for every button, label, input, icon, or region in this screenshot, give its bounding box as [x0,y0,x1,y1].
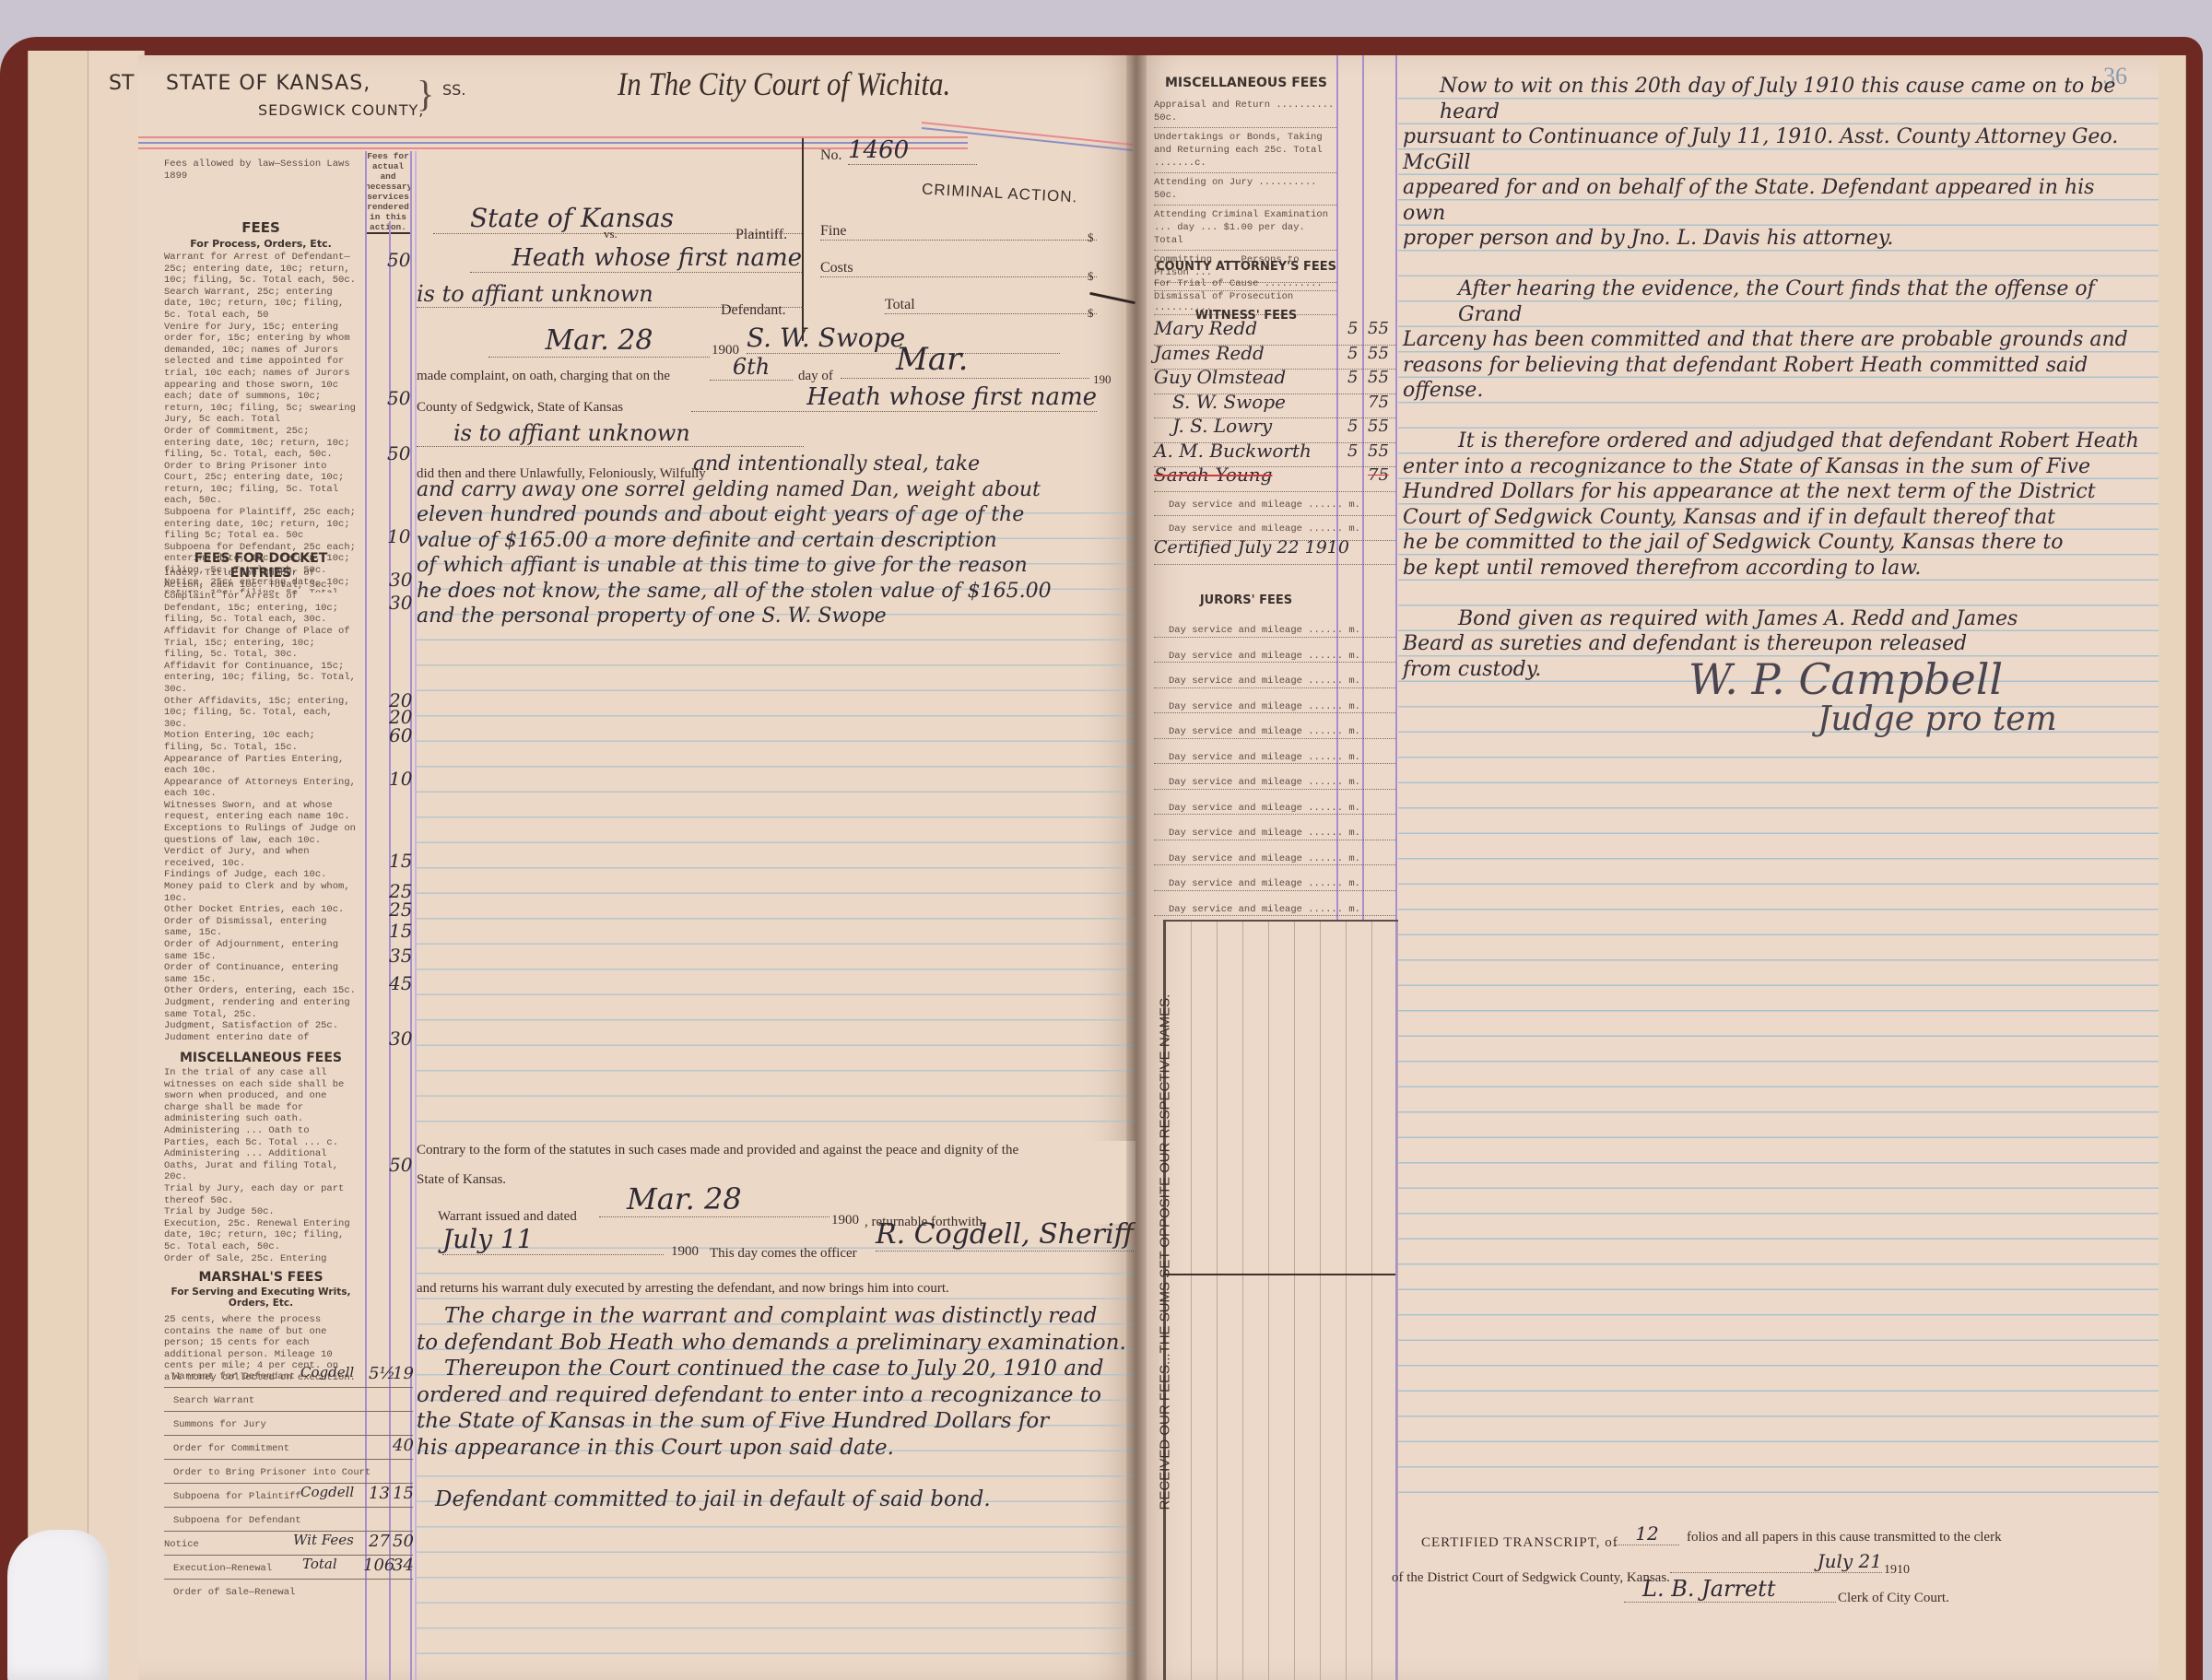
county-attorney-fees-title: COUNTY ATTORNEY'S FEES [1154,260,1338,274]
charge-line: and the personal property of one S. W. S… [417,604,1135,629]
narrative-line [1403,581,2140,606]
juror-row: Day service and mileage ...... m. [1154,891,1395,917]
fee-item: Verdict of Jury, and when received, 10c. [164,846,361,869]
day-of-label: day of [798,369,833,384]
fee-amount: 30 [389,592,412,614]
marshal-section-subtitle: For Serving and Executing Writs, Orders,… [164,1286,358,1309]
fee-amount: 10 [387,525,410,547]
witness-row: Day service and mileage ...... m. [1154,492,1395,517]
receipt-grid-rule [1163,1274,1395,1275]
proceeding-line: his appearance in this Court upon said d… [417,1435,1135,1462]
total-field: Total [885,297,1097,314]
narrative-line: After hearing the evidence, the Court fi… [1403,276,2140,327]
fee-amount: 30 [389,569,412,591]
jurors-fees-table: Day service and mileage ...... m. Day se… [1154,612,1395,916]
fee-item: Trial by Judge 50c. [164,1206,361,1218]
fee-item: Judgment, Satisfaction of 25c. [164,1020,361,1032]
state-of-kansas-text: State of Kansas. [417,1172,506,1188]
fee-amount: 35 [389,945,412,967]
narrative-line: pursuant to Continuance of July 11, 1910… [1403,124,2140,175]
fee-item: Index, Title and Number of Action, each … [164,568,361,591]
warrant-label: Warrant issued and dated [438,1209,577,1225]
marshal-row: Subpoena for Plaintiff Cogdell 13 15 [164,1484,413,1508]
accused-line1: Heath whose first name [691,383,1097,412]
made-complaint-label: made complaint, on oath, charging that o… [417,369,670,384]
ca-fee-item: For Trial of Cause .......... [1154,278,1336,291]
right-page: MISCELLANEOUS FEES Appraisal and Return … [1135,55,2159,1680]
fees-process-list: Warrant for Arrest of Defendant—25c; ent… [164,252,361,593]
narrative-line: Beard as sureties and defendant is there… [1403,631,2140,657]
fees-section-subtitle: For Process, Orders, Etc. [164,238,358,250]
costs-field: Costs [820,260,1097,277]
transcript-year: 1910 [1884,1563,1910,1578]
receipt-vertical-text: RECEIVED OUR FEES...THE SUMS SET OPPOSIT… [1158,1013,1173,1510]
warrant-year: 1900 [831,1213,859,1228]
fee-item: Judgment entering date of Transfer 15c. [164,1032,361,1040]
juror-row: Day service and mileage ...... m. [1154,764,1395,790]
vs-label: vs. [604,227,618,241]
narrative-line: offense. [1403,378,2140,404]
fee-item: Search Warrant, 25c; entering date, 10c;… [164,287,361,322]
complaint-date: Mar. 28 [488,324,710,358]
fee-item: Appearance of Attorneys Entering, each 1… [164,777,361,800]
fee-item: Exceptions to Rulings of Judge on questi… [164,823,361,846]
narrative-line: Now to wit on this 20th day of July 1910… [1403,74,2140,124]
narrative-line: It is therefore ordered and adjudged tha… [1403,429,2140,454]
misc-fee-item: Attending on Jury .......... 50c. [1154,173,1336,206]
marshal-row: Order to Bring Prisoner into Court [164,1460,413,1484]
narrative-line: Court of Sedgwick County, Kansas and if … [1403,505,2140,531]
proceeding-line: Defendant committed to jail in default o… [417,1486,1135,1513]
fee-item: Venire for Jury, 15c; entering order for… [164,322,361,426]
offense-month: Mar. [841,341,1089,379]
marshal-fee-table: Warrant for Defendant Cogdell 5½ 19 Sear… [164,1364,413,1603]
proceeding-line: to defendant Bob Heath who demands a pre… [417,1330,1135,1357]
officer-name: R. Cogdell, Sheriff [876,1218,1134,1251]
fee-item: Order to Bring Prisoner into Court, 25c;… [164,461,361,507]
action-type: CRIMINAL ACTION. [922,181,1078,207]
book-gutter [1126,55,1147,1680]
fee-item: Money paid to Clerk and by whom, 10c. [164,881,361,904]
narrative-line: proper person and by Jno. L. Davis his a… [1403,226,2140,252]
defendant-label: Defendant. [721,302,786,319]
misc-section-title: MISCELLANEOUS FEES [164,1051,358,1065]
case-number-label: No. [820,147,842,164]
juror-row: Day service and mileage ...... m. [1154,840,1395,866]
fee-amount: 50 [389,1154,412,1176]
narrative-line: Hundred Dollars for his appearance at th… [1403,479,2140,505]
narrative-line [1403,404,2140,429]
juror-row: Day service and mileage ...... m. [1154,790,1395,816]
officer-label: This day comes the officer [710,1246,857,1262]
case-number: 1460 [848,136,977,165]
state-heading: STATE OF KANSAS, [166,72,371,95]
docket-fee-list: Index, Title and Number of Action, each … [164,568,361,1040]
charge-line: he does not know, the same, all of the s… [417,579,1135,605]
fee-item: Motion Entering, 10c each; filing, 5c. T… [164,730,361,753]
fee-item: Witnesses Sworn, and at whose request, e… [164,800,361,823]
fee-amount: 10 [389,768,412,790]
fee-item: Order of Adjournment, entering same 15c. [164,939,361,962]
juror-row: Day service and mileage ...... m. [1154,688,1395,714]
offense-day: 6th [710,354,793,381]
header-stripe [138,136,968,138]
marshal-row: Order for Commitment 40 [164,1436,413,1460]
misc-fee-item: Undertakings or Bonds, Taking and Return… [1154,128,1336,173]
misc-fee-item: Appraisal and Return .......... 50c. [1154,96,1336,128]
fine-field: Fine [820,223,1097,241]
fee-item: Trial by Jury, each day or part thereof … [164,1183,361,1206]
fee-amount: 45 [389,972,412,994]
misc-fee-item: Attending Criminal Examination ... day .… [1154,206,1336,251]
return-date: July 11 [442,1224,664,1255]
contrary-text: Contrary to the form of the statutes in … [417,1143,1018,1158]
caption-brace [802,138,804,341]
witness-row: Certified July 22 1910 [1154,541,1395,566]
proceedings-text: The charge in the warrant and complaint … [417,1303,1135,1513]
fee-amount-heading: Fees for actual and necessary services r… [365,151,411,234]
proceeding-line: the State of Kansas in the sum of Five H… [417,1408,1135,1435]
fee-item: Order of Sale, 25c. Entering date, 10c; … [164,1253,361,1263]
juror-row: Day service and mileage ...... m. [1154,612,1395,638]
receipt-grid [1163,920,1398,1680]
left-page: STATE OF KANSAS, SEDGWICK COUNTY, } SS. … [138,55,1135,1680]
judge-signature: W. P. Campbell [1688,654,2003,704]
charge-text: and intentionally steal, take and carry … [417,452,1135,629]
fees-section-title: FEES [164,219,358,236]
fee-item: Subpoena for Plaintiff, 25c each; enteri… [164,507,361,542]
fee-item: Findings of Judge, each 10c. [164,869,361,881]
proceeding-line [417,1461,1135,1486]
narrative-line [1403,252,2140,277]
juror-row: Day service and mileage ...... m. [1154,815,1395,840]
brace: } [417,76,434,112]
marshal-row: Subpoena for Defendant [164,1508,413,1532]
dollar-sign: $ [1088,269,1094,284]
jurors-fees-title: JURORS' FEES [1154,593,1338,607]
marshal-row: Notice Wit Fees 27 50 [164,1532,413,1556]
transcript-date: July 21 [1670,1550,1882,1573]
fee-amount: 15 [389,920,412,942]
marshal-row: Summons for Jury [164,1412,413,1436]
defendant-name-line1: Heath whose first name [470,244,802,273]
misc-fees-list: Appraisal and Return .......... 50c. Und… [1154,96,1336,283]
marshal-row: Execution—Renewal Total 106 34 [164,1556,413,1580]
dollar-sign: $ [1088,230,1094,245]
proceeding-line: ordered and required defendant to enter … [417,1382,1135,1409]
ss-label: SS. [442,81,465,99]
county-heading: SEDGWICK COUNTY, [258,101,424,119]
judgment-narrative: Now to wit on this 20th day of July 1910… [1403,74,2140,682]
fee-amount: 50 [387,387,410,409]
fee-item: Other Affidavits, 15c; entering, 10c; fi… [164,696,361,731]
transcript-folios-text: folios and all papers in this cause tran… [1687,1530,2002,1545]
stub-header: ST [109,72,134,95]
fee-item: Appearance of Parties Entering, each 10c… [164,754,361,777]
marshal-row: Warrant for Defendant Cogdell 5½ 19 [164,1364,413,1388]
returns-text: and returns his warrant duly executed by… [417,1281,949,1297]
clerk-signature: L. B. Jarrett [1624,1576,1836,1603]
witness-fees-table: Mary Redd 5 55 James Redd 5 55 Guy Olmst… [1154,321,1395,565]
juror-row: Day service and mileage ...... m. [1154,638,1395,664]
misc-fee-list: In the trial of any case all witnesses o… [164,1067,361,1263]
white-glove [7,1530,109,1680]
fee-item: Order of Dismissal, entering same, 15c. [164,916,361,939]
county-label: County of Sedgwick, State of Kansas [417,400,623,416]
juror-row: Day service and mileage ...... m. [1154,865,1395,891]
narrative-line: reasons for believing that defendant Rob… [1403,353,2140,379]
fee-item: Order of Commitment, 25c; entering date,… [164,426,361,461]
narrative-line: Larceny has been committed and that ther… [1403,327,2140,353]
page-stack-left-inner [88,51,145,1680]
misc-note: In the trial of any case all witnesses o… [164,1067,361,1125]
charge-line: value of $165.00 a more definite and cer… [417,528,1135,554]
fee-item: Complaint for Arrest of Defendant, 15c; … [164,591,361,626]
proceeding-line: The charge in the warrant and complaint … [417,1303,1135,1330]
witness-row-struck: Sarah Young 75 [1154,467,1395,492]
plaintiff-label: Plaintiff. [735,227,787,243]
charge-line: and intentionally steal, take [417,452,1135,477]
dollar-sign: $ [1088,306,1094,321]
juror-row: Day service and mileage ...... m. [1154,663,1395,688]
charge-line: and carry away one sorrel gelding named … [417,477,1135,503]
judge-title: Judge pro tem [1818,700,2057,738]
transcript-folios: 12 [1615,1522,1679,1545]
fee-item: Judgment, rendering and entering same To… [164,997,361,1020]
warrant-date: Mar. 28 [599,1181,829,1217]
fee-item: Order of Continuance, entering same 15c. [164,962,361,985]
narrative-line: he be committed to the jail of Sedgwick … [1403,530,2140,556]
fee-amount: 15 [389,850,412,872]
charge-line: eleven hundred pounds and about eight ye… [417,502,1135,528]
fee-item: Administering ... Oath to Parties, each … [164,1125,361,1148]
proceeding-line: Thereupon the Court continued the case t… [417,1356,1135,1382]
fee-amount: 50 [387,249,410,271]
court-title: In The City Court of Wichita. [618,65,950,103]
fee-amount: 25 [389,899,412,921]
header-stripe [138,142,968,144]
fee-item: Affidavit for Continuance, 15c; entering… [164,661,361,696]
return-year: 1900 [671,1244,699,1260]
fee-amount: 30 [389,1028,412,1050]
accused-line2: is to affiant unknown [417,420,804,447]
narrative-line: appeared for and on behalf of the State.… [1403,175,2140,226]
header-stripe [138,147,968,149]
juror-row: Day service and mileage ...... m. [1154,713,1395,739]
narrative-line: enter into a recognizance to the State o… [1403,454,2140,480]
fee-item: Administering ... Additional Oaths, Jura… [164,1148,361,1183]
narrative-line: Bond given as required with James A. Red… [1403,606,2140,632]
fee-amount: 50 [387,442,410,464]
charge-line: of which affiant is unable at this time … [417,553,1135,579]
transcript-label: CERTIFIED TRANSCRIPT, of [1421,1535,1618,1551]
fee-item: Other Docket Entries, each 10c. [164,904,361,916]
juror-row: Day service and mileage ...... m. [1154,739,1395,765]
marshal-row: Search Warrant [164,1388,413,1412]
fee-item: Execution, 25c. Renewal Entering date, 1… [164,1218,361,1253]
fee-item: Other Orders, entering, each 15c. [164,985,361,997]
narrative-line: be kept until removed therefrom accordin… [1403,556,2140,582]
fee-amount: 60 [389,724,412,746]
misc-fees-title: MISCELLANEOUS FEES [1154,76,1338,90]
fee-column-heading: Fees allowed by law—Session Laws 1899 [164,159,367,182]
marshal-section-title: MARSHAL'S FEES [164,1270,358,1285]
marshal-row: Order of Sale—Renewal [164,1580,413,1603]
fee-item: Affidavit for Change of Place of Trial, … [164,626,361,661]
fee-item: Warrant for Arrest of Defendant—25c; ent… [164,252,361,287]
clerk-label: Clerk of City Court. [1838,1591,1949,1606]
